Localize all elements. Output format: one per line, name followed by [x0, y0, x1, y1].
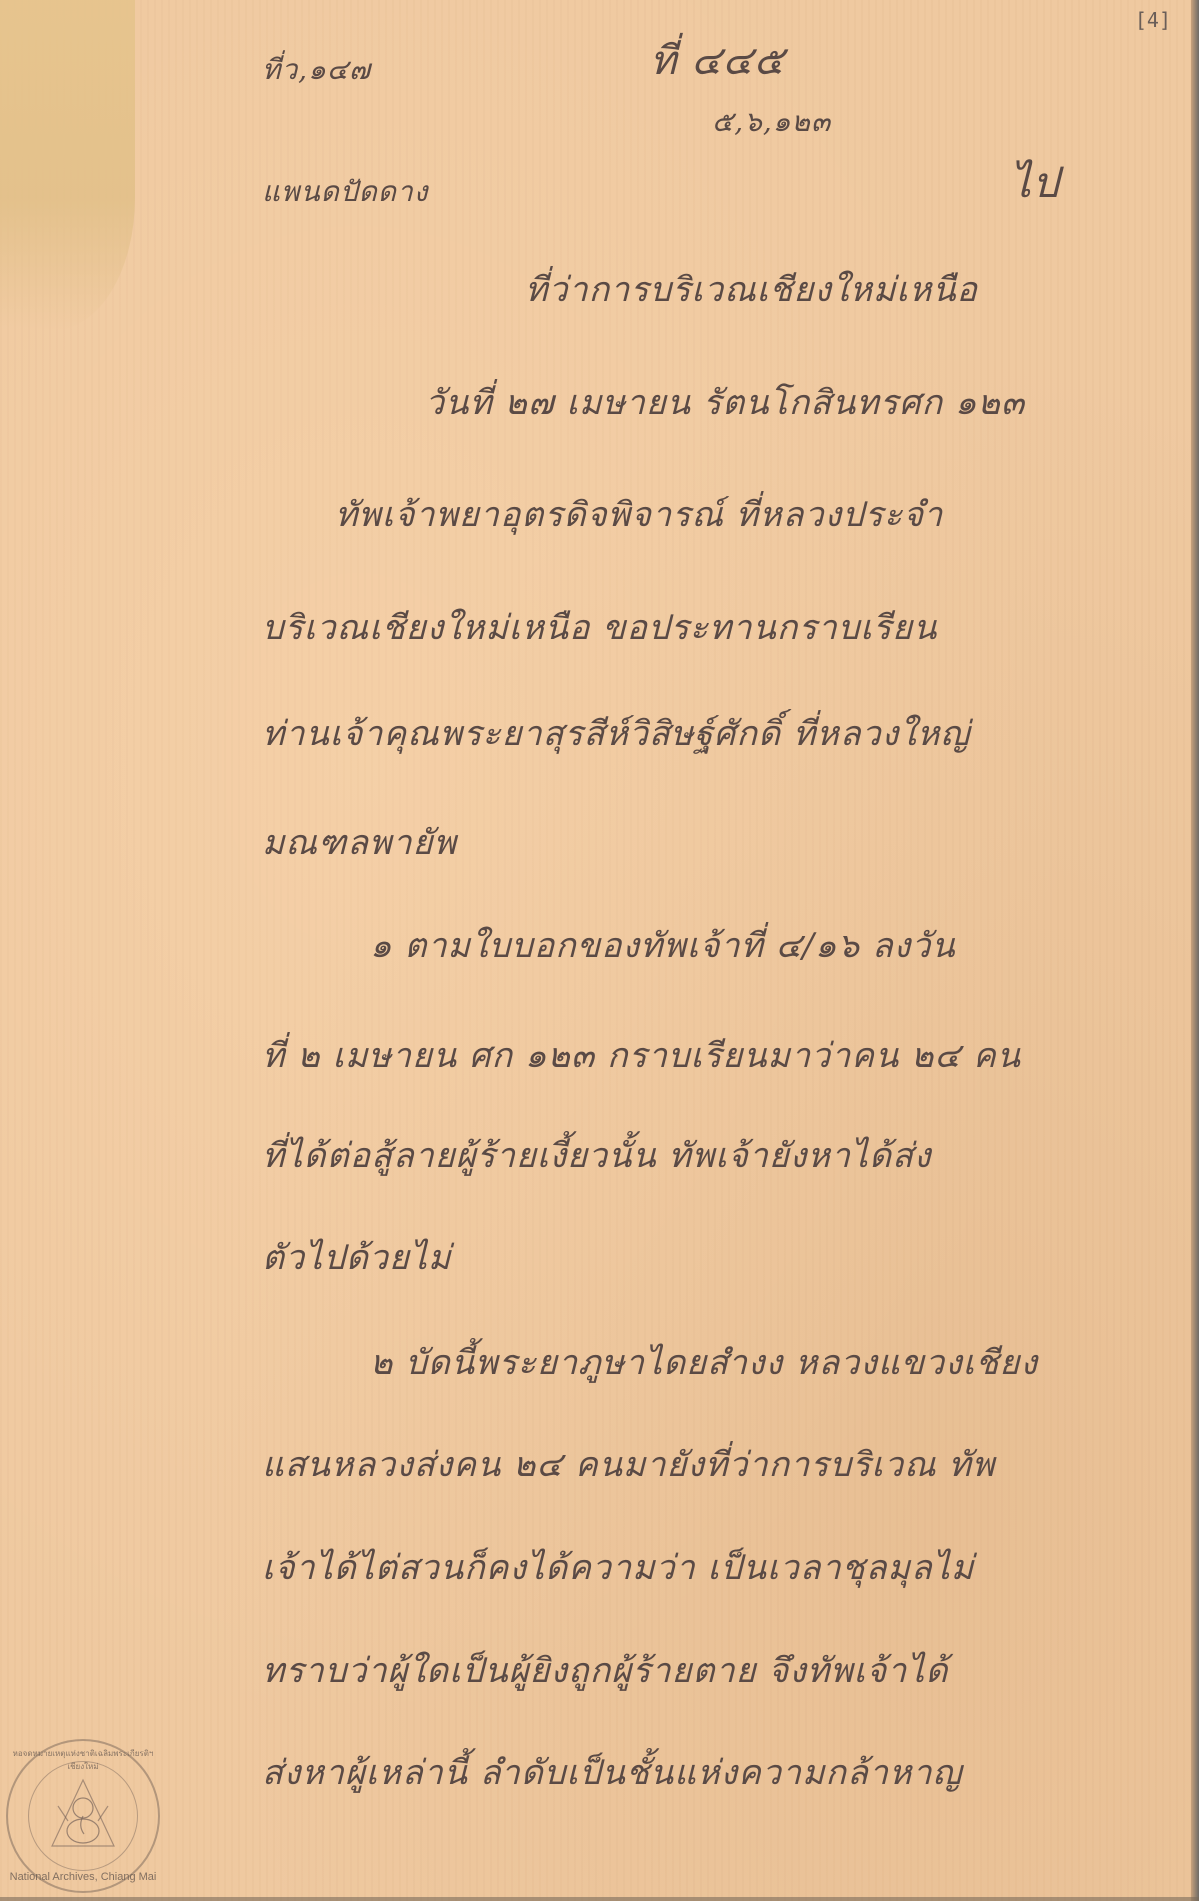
body-line-11: ๒ บัดนี้พระยาภูษาไดยสำงง หลวงแขวงเชียง [370, 1335, 1038, 1389]
page-number-tag: [4] [1135, 8, 1171, 32]
body-line-14: ทราบว่าผู้ใดเป็นผู้ยิงถูกผู้ร้ายตาย จึงท… [262, 1643, 948, 1697]
seal-thai-text: หอจดหมายเหตุแห่งชาติเฉลิมพระเกียรติฯ เชี… [8, 1747, 158, 1773]
body-line-7: ๑ ตามใบบอกของทัพเจ้าที่ ๔/๑๖ ลงวัน [370, 918, 956, 972]
body-line-12: แสนหลวงส่งคน ๒๔ คนมายังที่ว่าการบริเวณ ท… [262, 1437, 995, 1491]
document-number: ที่ ๔๔๕ [650, 28, 785, 92]
body-line-9: ที่ได้ต่อสู้ลายผู้ร้ายเงี้ยวนั้น ทัพเจ้า… [262, 1128, 931, 1182]
body-line-6: มณฑลพายัพ [262, 815, 457, 869]
document-page: [4] ที่ว,๑๔๗ ที่ ๔๔๕ ๕,๖,๑๒๓ แพนดปัดดาง … [0, 0, 1199, 1901]
water-stain [0, 0, 135, 330]
ganesha-emblem-icon [28, 1761, 138, 1871]
archive-seal: หอจดหมายเหตุแห่งชาติเฉลิมพระเกียรติฯ เชี… [6, 1739, 160, 1893]
reference-number: ที่ว,๑๔๗ [262, 48, 371, 92]
document-date: ๕,๖,๑๒๓ [712, 100, 831, 144]
page-edge-bottom [0, 1897, 1199, 1901]
body-line-10: ตัวไปด้วยไม่ [262, 1230, 451, 1284]
body-line-1: ที่ว่าการบริเวณเชียงใหม่เหนือ [525, 262, 978, 316]
body-line-13: เจ้าได้ไต่สวนก็คงได้ความว่า เป็นเวลาชุลม… [262, 1540, 974, 1594]
page-edge-right [1191, 0, 1199, 1901]
body-line-4: บริเวณเชียงใหม่เหนือ ขอประทานกราบเรียน [262, 600, 937, 654]
body-line-5: ท่านเจ้าคุณพระยาสุรสีห์วิสิษฐ์ศักดิ์ ที่… [262, 706, 970, 760]
margin-mark: ไป [1010, 150, 1060, 216]
body-line-8: ที่ ๒ เมษายน ศก ๑๒๓ กราบเรียนมาว่าคน ๒๔ … [262, 1028, 1021, 1082]
body-line-15: ส่งหาผู้เหล่านี้ ลำดับเป็นชั้นแห่งความกล… [262, 1745, 962, 1799]
body-line-3: ทัพเจ้าพยาอุตรดิจพิจารณ์ ที่หลวงประจำ [335, 487, 943, 541]
seal-english-text: National Archives, Chiang Mai [8, 1871, 158, 1883]
recipient-short: แพนดปัดดาง [262, 170, 428, 214]
body-line-2: วันที่ ๒๗ เมษายน รัตนโกสินทรศก ๑๒๓ [425, 375, 1025, 429]
